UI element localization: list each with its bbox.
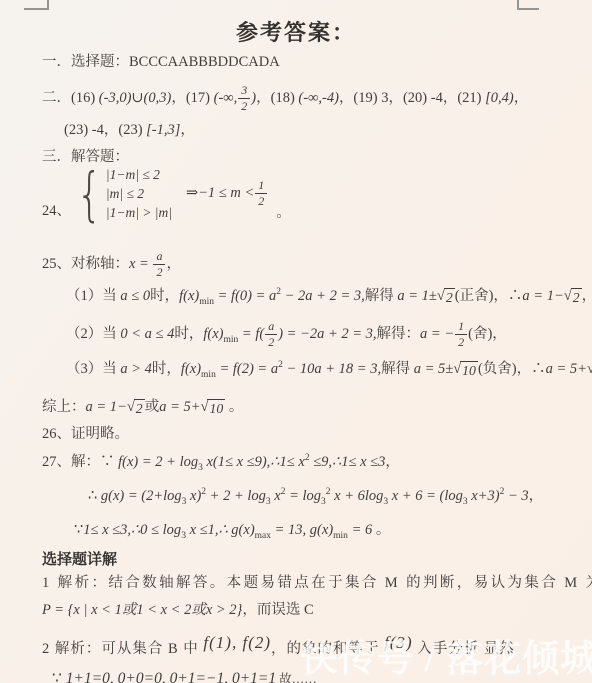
- math-text: f(x): [181, 361, 201, 377]
- q24-row-1: |1−m| ≤ 2: [106, 165, 172, 184]
- subscript: min: [333, 531, 348, 541]
- choice-answers-line: 一．选择题：BCCCAABBBDDCADA: [42, 52, 280, 72]
- q24-system-rows: |1−m| ≤ 2 |m| ≤ 2 |1−m| > |m|: [106, 165, 172, 222]
- math-text: 解得: [381, 361, 410, 377]
- math-text: x =: [129, 256, 152, 272]
- math-text: ∵: [74, 522, 83, 538]
- q24-result: ⇒ −1 ≤ m < 12: [186, 179, 268, 208]
- math-text: − 3: [504, 488, 528, 504]
- math-text: a ≤ 0: [120, 288, 150, 304]
- fraction: 12: [255, 179, 267, 208]
- fraction: a2: [153, 250, 165, 279]
- math-text: = 13, g(x): [271, 522, 333, 538]
- radical: √10: [453, 361, 478, 379]
- subscript: 3: [321, 497, 326, 507]
- q27-line-3: ∵1≤ x ≤3,∴0 ≤ log3 x ≤1,∴ g(x)max = 13, …: [74, 520, 390, 540]
- fraction: 32: [238, 84, 250, 113]
- math-text: = f(: [238, 326, 264, 342]
- q27-line-2: ∴ g(x) = (2+log3 x)2 + 2 + log3 x2 = log…: [88, 486, 543, 506]
- math-text: 1+1=0, 0+0=0, 0+1=−1, 0+1=1: [66, 670, 276, 683]
- answer-sheet-page: 参考答案： 一．选择题：BCCCAABBBDDCADA 二．(16) (-3,0…: [0, 0, 592, 683]
- q27-line-1: 27、解：∵ f(x) = 2 + log3 x(1≤ x ≤9),∴1≤ x2…: [42, 452, 400, 472]
- math-text: −1 ≤ m <: [198, 185, 254, 202]
- math-text: P = {x | x < 1或1 < x < 2或x > 2}: [42, 602, 242, 618]
- math-text: f(x) = 2 + log: [118, 454, 198, 470]
- math-text: ) = −2a + 2 = 3,: [278, 326, 376, 342]
- math-text: (-∞,: [214, 90, 238, 106]
- math-text: a = 1−: [86, 399, 127, 415]
- math-text: ，: [529, 488, 544, 504]
- math-text: 。: [225, 399, 243, 415]
- radical: √2: [127, 399, 145, 417]
- math-text: 解得: [365, 288, 394, 304]
- fill-answers-line-1: 二．(16) (-3,0)∪(0,3)，(17) (-∞,32)，(18) (-…: [42, 84, 528, 113]
- math-text: 27、解：∵: [42, 454, 118, 470]
- math-text: 或: [145, 399, 160, 415]
- math-text: f(x): [179, 288, 199, 304]
- math-text: （2）当: [66, 326, 120, 342]
- radical: √2: [564, 288, 582, 306]
- math-text: 25、对称轴：: [42, 256, 129, 272]
- subscript: min: [201, 370, 216, 380]
- fill-answers-line-2: (23) -4，(23) [-1,3]，: [64, 120, 195, 140]
- math-text: x + 6log: [331, 488, 384, 504]
- math-text: a = −: [420, 326, 454, 342]
- choice-detail-heading: 选择题详解: [42, 550, 117, 570]
- detail-1-line-2: P = {x | x < 1或1 < x < 2或x > 2}，而误选 C: [42, 600, 314, 620]
- math-text: ，(18): [256, 90, 298, 106]
- math-text: ∴: [88, 488, 101, 504]
- math-text: [0,4): [485, 90, 514, 106]
- math-text: ≤9,∴1≤ x ≤3: [310, 454, 386, 470]
- math-text: a > 4: [120, 361, 152, 377]
- math-text: = f(0) = a: [214, 288, 276, 304]
- q24-row-2: |m| ≤ 2: [106, 184, 172, 203]
- math-text: 。: [372, 522, 390, 538]
- math-text: [-1,3]: [146, 122, 180, 138]
- q24-inequality-system: 24、 { |1−m| ≤ 2 |m| ≤ 2 |1−m| > |m| ⇒ −1…: [42, 165, 291, 222]
- subscript: min: [224, 335, 239, 345]
- crop-mark-top-left-icon: [24, 0, 49, 10]
- math-text: = f(2) = a: [216, 361, 278, 377]
- math-text: = 6: [348, 522, 372, 538]
- math-text: 2 解析：可从集合 B 中: [42, 641, 203, 657]
- math-text: ，: [514, 90, 529, 106]
- math-text: = log: [285, 488, 321, 504]
- math-text: x + 6 = (log: [388, 488, 463, 504]
- math-text: （3）当: [66, 361, 120, 377]
- math-text: ，(17): [171, 90, 213, 106]
- q25-case-1: （1）当 a ≤ 0时，f(x)min = f(0) = a2 − 2a + 2…: [66, 286, 592, 306]
- math-text: ，: [180, 122, 195, 138]
- detail-1-line-1: 1 解析：结合数轴解答。本题易错点在于集合 M 的判断，易认为集合 M 为: [42, 573, 592, 593]
- math-text: ⇒: [186, 185, 198, 202]
- math-text: （1）当: [66, 288, 120, 304]
- math-text: (负舍)，∴: [478, 361, 546, 377]
- math-text: 1≤ x ≤3,∴0 ≤ log: [83, 522, 181, 538]
- q24-row-3: |1−m| > |m|: [106, 203, 172, 222]
- math-text: 二．(16): [42, 90, 99, 106]
- math-text: + 2 + log: [206, 488, 266, 504]
- page-title: 参考答案：: [0, 16, 592, 47]
- q25-axis-line: 25、对称轴：x = a2，: [42, 250, 181, 279]
- math-text: ，: [385, 454, 400, 470]
- math-text: (正舍)，∴: [455, 288, 523, 304]
- q25-case-2: （2）当 0 < a ≤ 4时，f(x)min = f(a2) = −2a + …: [66, 320, 507, 349]
- math-text: g(x) = (2+log: [101, 488, 182, 504]
- fraction: 12: [455, 320, 467, 349]
- math-text: a = 5+: [546, 361, 587, 377]
- q24-period: 。: [276, 201, 291, 222]
- crop-mark-top-right-icon: [517, 0, 539, 10]
- math-text: f(x): [203, 326, 223, 342]
- math-text: a = 1−: [522, 288, 563, 304]
- radical: √10: [201, 399, 226, 417]
- math-text: (舍)，: [468, 326, 507, 342]
- math-text: a = 5±: [410, 361, 453, 377]
- q24-label: 24、: [42, 199, 71, 222]
- math-text: f(1), f(2): [203, 633, 271, 652]
- radical: √2: [437, 288, 455, 306]
- math-text: (-∞,-4): [298, 90, 339, 106]
- math-text: 时，: [174, 326, 203, 342]
- watermark: 快传号 / 落花倾城: [300, 628, 592, 682]
- math-text: ∵: [52, 670, 66, 683]
- math-text: x(1≤ x ≤9),∴1≤ x: [203, 454, 305, 470]
- math-text: 0 < a ≤ 4: [120, 326, 174, 342]
- math-text: |1−m| > |m|: [106, 205, 172, 220]
- math-text: x: [271, 488, 281, 504]
- math-text: ，而误选 C: [242, 602, 313, 618]
- math-text: 时，: [152, 361, 181, 377]
- math-text: |m| ≤ 2: [106, 186, 144, 201]
- math-text: − 2a + 2 = 3,: [281, 288, 365, 304]
- math-text: 综上：: [42, 399, 86, 415]
- math-text: ，(19) 3，(20) -4，(21): [339, 90, 485, 106]
- q25-case-3: （3）当 a > 4时，f(x)min = f(2) = a2 − 10a + …: [66, 359, 592, 379]
- math-text: (-3,0)∪(0,3): [99, 90, 172, 106]
- q25-summary: 综上：a = 1−√2或a = 5+√10 。: [42, 397, 243, 417]
- math-text: 时，: [150, 288, 179, 304]
- radical: √10: [587, 361, 592, 379]
- math-text: |1−m| ≤ 2: [106, 167, 160, 182]
- math-text: ，: [166, 256, 181, 272]
- math-text: x): [186, 488, 201, 504]
- math-text: a = 1±: [394, 288, 437, 304]
- math-text: a = 5+: [159, 399, 200, 415]
- subscript: min: [199, 297, 214, 307]
- math-text: (23) -4，(23): [64, 122, 146, 138]
- subscript: max: [255, 531, 271, 541]
- math-text: − 10a + 18 = 3,: [283, 361, 381, 377]
- fraction: a2: [265, 320, 277, 349]
- q26-line: 26、证明略。: [42, 424, 129, 444]
- math-text: x ≤1,∴ g(x): [186, 522, 255, 538]
- math-text: x+3): [468, 488, 500, 504]
- math-text: 解得：: [377, 326, 421, 342]
- math-text: ，: [582, 288, 592, 304]
- detail-cut-line: ∵ 1+1=0, 0+0=0, 0+1=−1, 0+1=1 故……: [52, 669, 317, 683]
- left-brace-icon: {: [77, 166, 103, 222]
